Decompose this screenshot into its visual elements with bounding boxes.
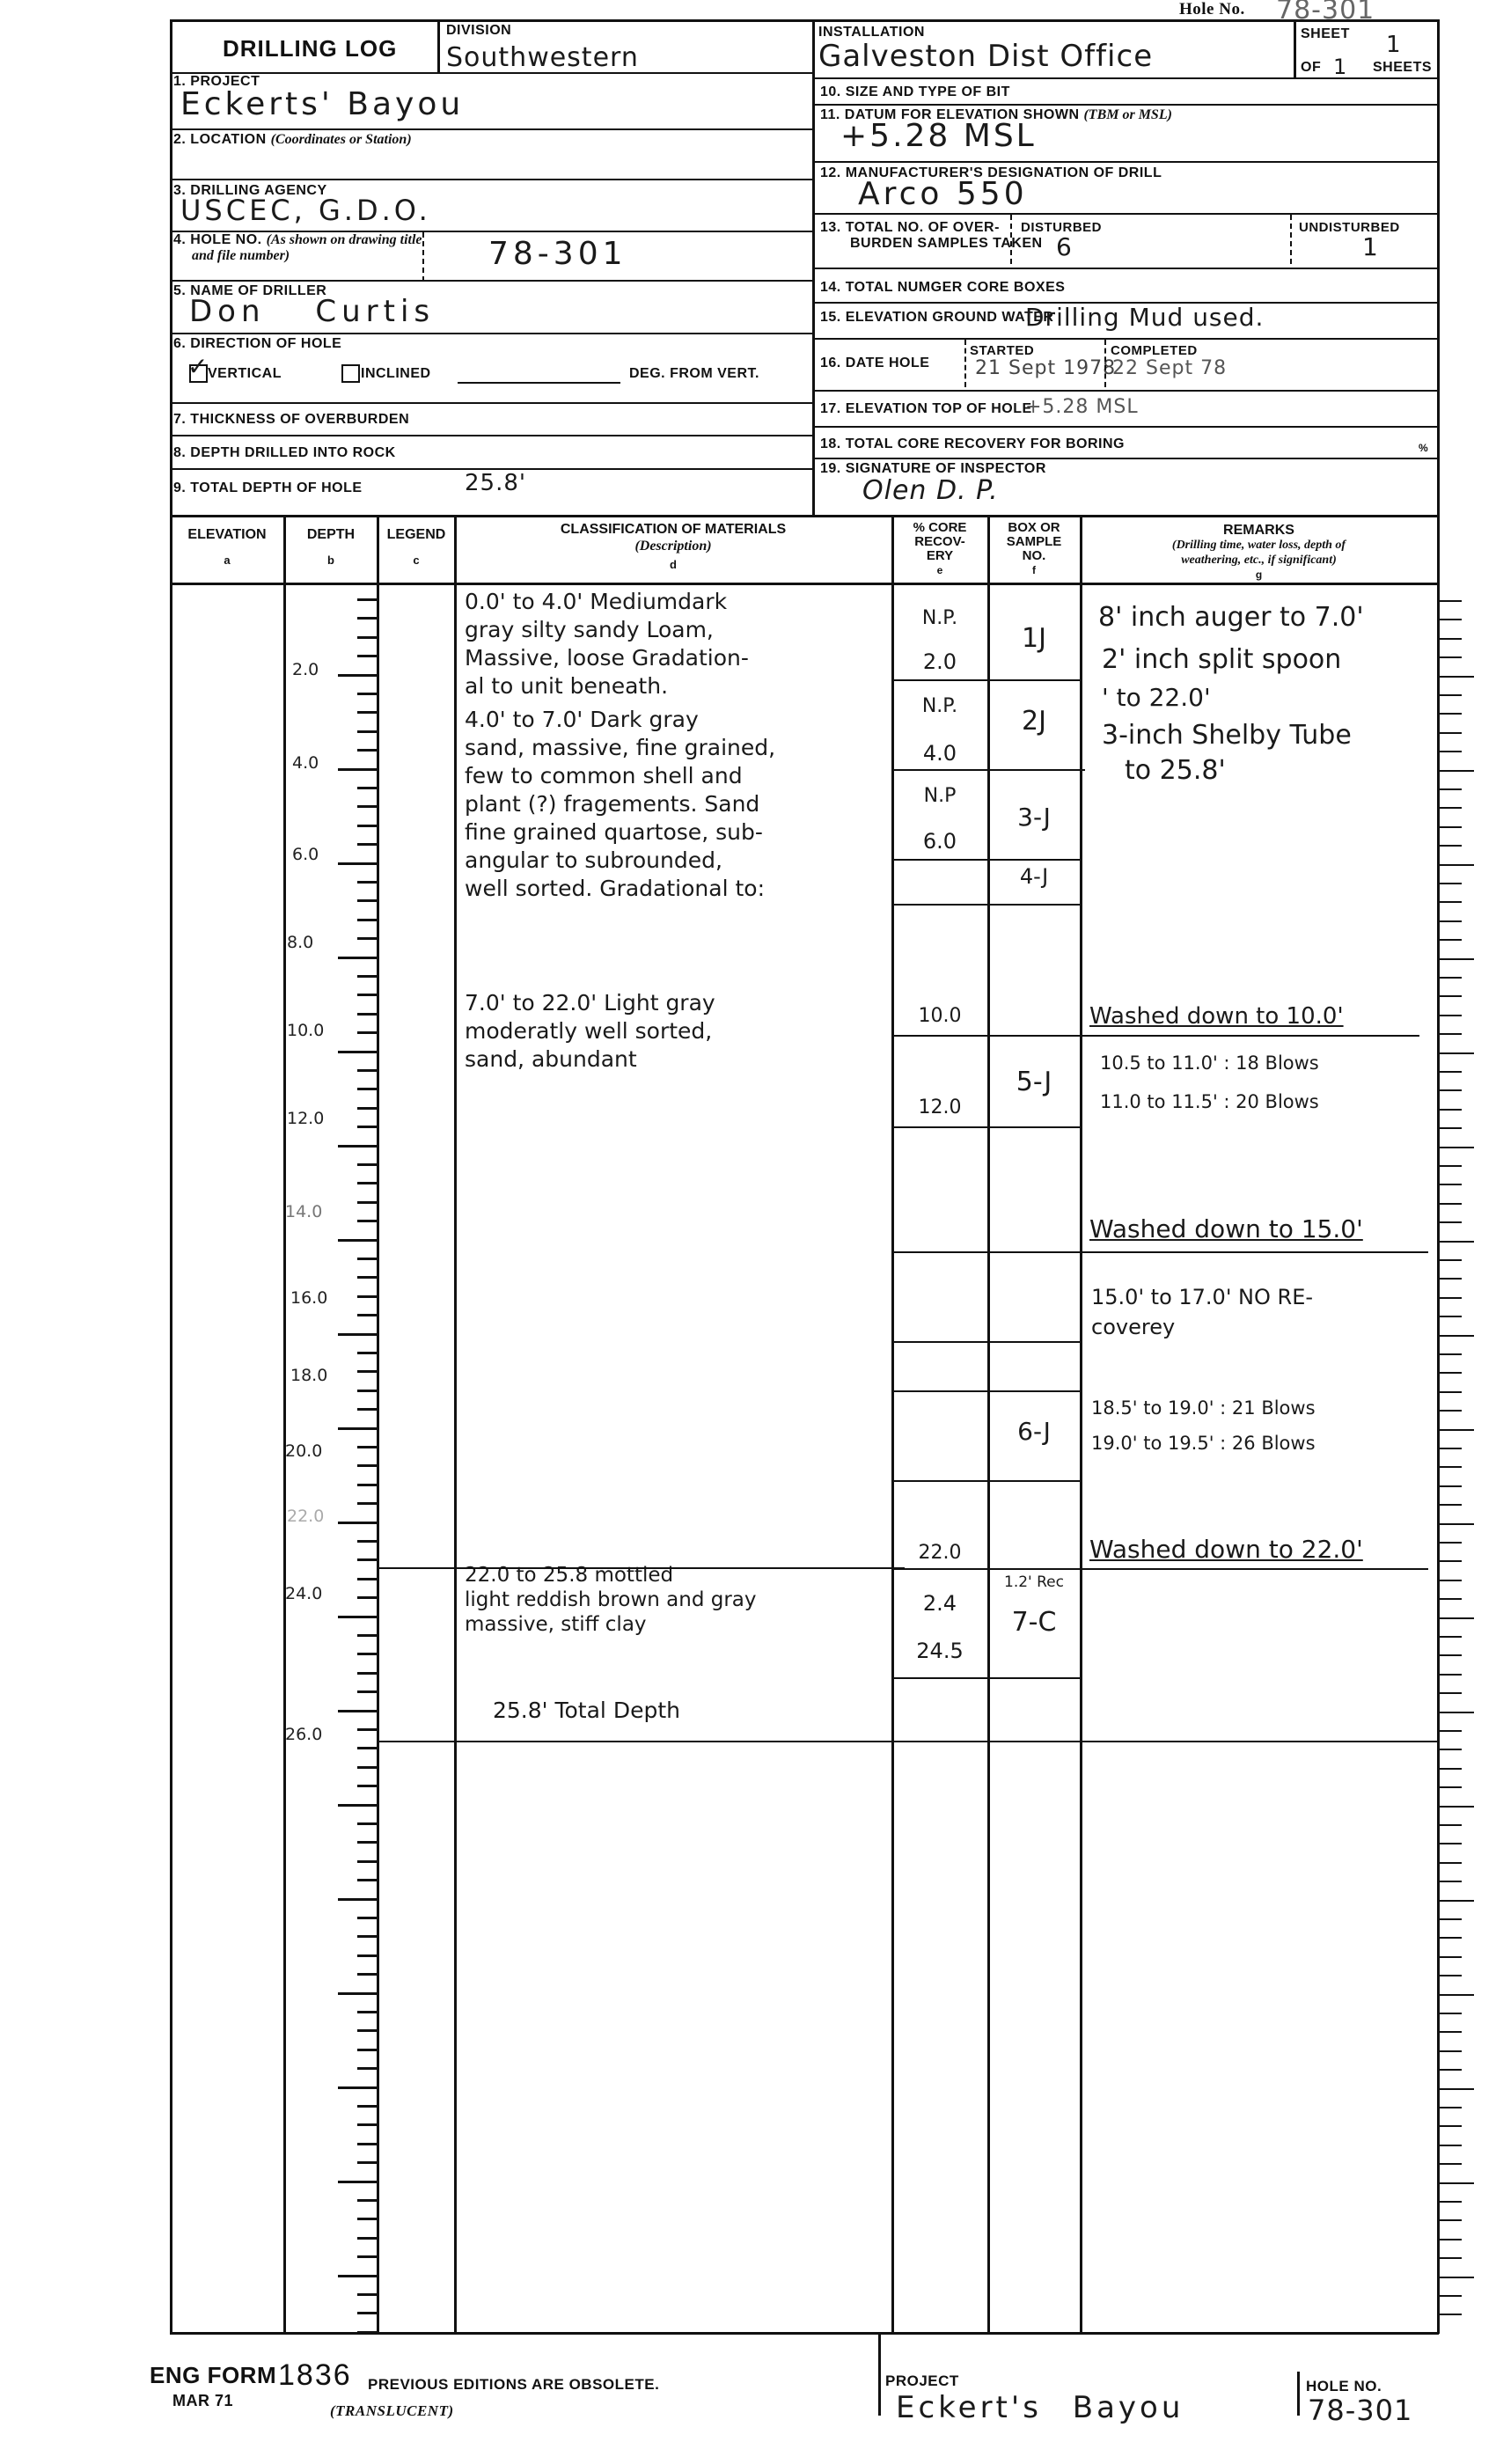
- depth-tick: [357, 730, 377, 733]
- remark-blows-18-5: 18.5' to 19.0' : 21 Blows: [1091, 1397, 1316, 1419]
- depth-tick: [338, 768, 377, 771]
- depth-tick: [357, 2049, 377, 2051]
- edge-tick: [1439, 1410, 1462, 1412]
- depth-tick: [357, 711, 377, 714]
- date-hole-label: 16. DATE HOLE: [820, 356, 929, 371]
- depth-label-16: 16.0: [290, 1288, 327, 1308]
- edge-tick: [1439, 1259, 1462, 1261]
- corner-hole-no-label: Hole No.: [1179, 0, 1245, 19]
- core-boxes-label: 14. TOTAL NUMGER CORE BOXES: [820, 280, 1065, 296]
- edge-tick: [1439, 1824, 1462, 1826]
- hole-no-value[interactable]: 78-301: [488, 236, 627, 272]
- depth-tick: [357, 1841, 377, 1844]
- col-sep-a: [283, 515, 286, 2334]
- depth-tick: [357, 2218, 377, 2220]
- total-depth-label: 9. TOTAL DEPTH OF HOLE: [173, 480, 363, 496]
- edge-tick: [1439, 995, 1462, 997]
- depth-tick: [357, 1596, 377, 1599]
- depth-tick: [357, 2123, 377, 2126]
- elevation-top-label: 17. ELEVATION TOP OF HOLE: [820, 401, 1032, 417]
- col-header-classification: CLASSIFICATION OF MATERIALS (Description…: [455, 521, 891, 573]
- depth-tick: [357, 1107, 377, 1110]
- description-22-25ft: 22.0 to 25.8 mottled light reddish brown…: [465, 1563, 757, 1637]
- depth-tick: [357, 1766, 377, 1769]
- remark-auger: 8' inch auger to 7.0': [1098, 602, 1364, 633]
- depth-tick: [357, 1069, 377, 1072]
- depth-tick: [357, 1728, 377, 1731]
- edge-tick: [1439, 713, 1462, 715]
- core-recovery-label: 18. TOTAL CORE RECOVERY FOR BORING: [820, 436, 1125, 452]
- drill-designation-value[interactable]: Arco 550: [858, 176, 1028, 212]
- edge-tick: [1439, 1786, 1462, 1788]
- depth-tick: [357, 1785, 377, 1787]
- depth-label-14: 14.0: [285, 1202, 322, 1221]
- edge-tick: [1439, 845, 1462, 847]
- depth-tick: [357, 1690, 377, 1693]
- remark-split-spoon: 2' inch split spoon: [1102, 644, 1341, 675]
- depth-tick: [357, 2011, 377, 2013]
- depth-label-12: 12.0: [287, 1109, 324, 1128]
- remark-blows-11: 11.0 to 11.5' : 20 Blows: [1100, 1091, 1319, 1112]
- edge-tick: [1439, 1617, 1474, 1619]
- depth-tick: [338, 1522, 377, 1524]
- recovery-8-bottom: 22.0: [892, 1542, 987, 1564]
- edge-tick: [1439, 883, 1462, 884]
- recovery-3-bottom: 6.0: [892, 829, 987, 854]
- depth-tick: [357, 1935, 377, 1938]
- depth-label-24: 24.0: [285, 1584, 322, 1603]
- edge-tick: [1439, 1241, 1474, 1243]
- undisturbed-label: UNDISTURBED: [1299, 220, 1400, 235]
- depth-tick: [357, 1747, 377, 1749]
- project-value[interactable]: Eckerts' Bayou: [180, 86, 464, 122]
- edge-tick: [1439, 2277, 1474, 2278]
- depth-tick: [338, 1145, 377, 1148]
- depth-label-18: 18.0: [290, 1366, 327, 1385]
- col-sep-b: [377, 515, 379, 2334]
- edge-tick: [1439, 694, 1462, 696]
- depth-tick: [357, 1276, 377, 1279]
- edge-tick: [1439, 1881, 1462, 1882]
- depth-tick: [357, 1201, 377, 1204]
- depth-tick: [357, 1464, 377, 1467]
- remark-washed-22: Washed down to 22.0': [1089, 1535, 1363, 1564]
- remark-shelby-tube: 3-inch Shelby Tube: [1102, 720, 1352, 751]
- edge-tick: [1439, 770, 1474, 772]
- depth-into-rock-label: 8. DEPTH DRILLED INTO ROCK: [173, 445, 396, 461]
- edge-tick: [1439, 1485, 1462, 1487]
- edge-tick: [1439, 1033, 1462, 1035]
- depth-tick: [338, 1616, 377, 1618]
- edge-tick: [1439, 2069, 1462, 2071]
- edge-tick: [1439, 1147, 1474, 1148]
- edge-tick: [1439, 1504, 1462, 1506]
- edge-tick: [1439, 807, 1462, 809]
- edge-tick: [1439, 1560, 1462, 1562]
- depth-tick: [338, 1427, 377, 1430]
- box-6: 6-J: [988, 1417, 1080, 1446]
- ground-water-label: 15. ELEVATION GROUND WATER: [820, 310, 1053, 326]
- depth-tick: [357, 655, 377, 657]
- edge-tick: [1439, 1994, 1474, 1996]
- depth-tick: [338, 1992, 377, 1995]
- remark-washed-10: Washed down to 10.0': [1089, 1003, 1344, 1030]
- depth-tick: [338, 2275, 377, 2277]
- edge-tick: [1439, 1712, 1474, 1713]
- recovery-5-bottom: 10.0: [892, 1005, 987, 1027]
- depth-tick: [357, 1446, 377, 1448]
- col-header-sample-no: BOX OR SAMPLE NO. f: [988, 521, 1080, 577]
- core-recovery-unit: %: [1419, 442, 1428, 454]
- started-label: STARTED: [970, 343, 1034, 358]
- depth-tick: [338, 1710, 377, 1712]
- edge-tick: [1439, 2107, 1462, 2108]
- check-mark-icon: ✓: [187, 352, 209, 381]
- recovery-2-bottom: 4.0: [892, 741, 987, 766]
- sheet-of-label: OF: [1301, 60, 1321, 76]
- remark-split-spoon-depth: ' to 22.0': [1102, 683, 1211, 712]
- depth-tick: [338, 1333, 377, 1336]
- recovery-3-top: N.P: [892, 785, 987, 807]
- description-4-7ft: 4.0' to 7.0' Dark gray sand, massive, fi…: [465, 706, 775, 903]
- edge-tick: [1439, 920, 1462, 922]
- edge-tick: [1439, 1843, 1462, 1844]
- edge-tick: [1439, 2145, 1462, 2146]
- box-1: 1J: [988, 623, 1080, 654]
- vertical-label: VERTICAL: [208, 366, 282, 382]
- depth-tick: [357, 1352, 377, 1354]
- depth-tick: [357, 899, 377, 902]
- inclined-checkbox[interactable]: [341, 364, 360, 383]
- remark-no-recovery-cont: coverey: [1091, 1315, 1175, 1339]
- edge-tick: [1439, 751, 1462, 752]
- total-depth-value[interactable]: 25.8': [465, 470, 526, 496]
- overburden-thickness-label: 7. THICKNESS OF OVERBURDEN: [173, 412, 409, 428]
- depth-tick: [357, 2237, 377, 2240]
- remark-washed-15: Washed down to 15.0': [1089, 1214, 1363, 1243]
- edge-tick: [1439, 2013, 1462, 2014]
- depth-label-4: 4.0: [292, 753, 319, 773]
- depth-tick: [357, 1954, 377, 1957]
- depth-tick: [357, 1917, 377, 1919]
- edge-tick: [1439, 1937, 1462, 1939]
- driller-value[interactable]: Don Curtis: [189, 294, 435, 329]
- samples-label-2: BURDEN SAMPLES TAKEN: [850, 236, 1043, 252]
- sheet-of-value[interactable]: 1: [1333, 55, 1347, 79]
- edge-tick: [1439, 1015, 1462, 1016]
- depth-tick: [357, 1390, 377, 1392]
- edge-tick: [1439, 600, 1462, 602]
- depth-tick: [357, 1013, 377, 1016]
- edge-tick: [1439, 1372, 1462, 1374]
- remark-shelby-tube-depth: to 25.8': [1125, 755, 1226, 786]
- depth-tick: [357, 1088, 377, 1090]
- edge-tick: [1439, 732, 1462, 734]
- edge-tick: [1439, 958, 1474, 960]
- edge-tick: [1439, 1749, 1462, 1750]
- depth-tick: [357, 1973, 377, 1976]
- description-0-4ft: 0.0' to 4.0' Mediumdark gray silty sandy…: [465, 588, 749, 700]
- depth-tick: [357, 2312, 377, 2314]
- sheet-value[interactable]: 1: [1386, 32, 1402, 58]
- remark-blows-19: 19.0' to 19.5' : 26 Blows: [1091, 1433, 1316, 1454]
- recovery-6-bottom: 12.0: [892, 1096, 987, 1118]
- depth-tick: [357, 617, 377, 620]
- depth-tick: [357, 2105, 377, 2108]
- col-header-legend: LEGEND c: [378, 526, 455, 568]
- inclined-label: INCLINED: [361, 366, 431, 382]
- edge-tick: [1439, 1730, 1462, 1732]
- edge-tick: [1439, 2201, 1462, 2203]
- datum-value[interactable]: +5.28 MSL: [840, 118, 1037, 154]
- elevation-top-value[interactable]: +5.28 MSL: [1025, 396, 1139, 418]
- depth-tick: [338, 1239, 377, 1242]
- depth-tick: [338, 1898, 377, 1901]
- depth-tick: [338, 674, 377, 677]
- edge-tick: [1439, 1918, 1462, 1920]
- deg-input-line[interactable]: [458, 382, 620, 384]
- edge-tick: [1439, 1806, 1474, 1808]
- edge-tick: [1439, 1636, 1462, 1638]
- depth-label-2: 2.0: [292, 660, 319, 679]
- edge-tick: [1439, 864, 1474, 866]
- box-3: 3-J: [988, 803, 1080, 832]
- depth-tick: [338, 1804, 377, 1807]
- form-date: MAR 71: [172, 2392, 233, 2410]
- edge-tick: [1439, 939, 1462, 941]
- drilling-agency-value[interactable]: USCEC, G.D.O.: [180, 194, 431, 227]
- obsolete-note: PREVIOUS EDITIONS ARE OBSOLETE.: [368, 2376, 659, 2394]
- installation-value[interactable]: Galveston Dist Office: [818, 39, 1153, 74]
- depth-label-22: 22.0: [287, 1507, 324, 1526]
- recovery-9-bottom: 24.5: [892, 1639, 987, 1663]
- edge-tick: [1439, 1184, 1462, 1185]
- started-value[interactable]: 21 Sept 1978: [975, 357, 1116, 379]
- edge-tick: [1439, 1956, 1462, 1958]
- sheets-label: SHEETS: [1373, 60, 1432, 76]
- edge-tick: [1439, 1071, 1462, 1073]
- edge-tick: [1439, 826, 1462, 828]
- depth-tick: [357, 1578, 377, 1580]
- depth-tick: [338, 1051, 377, 1053]
- remark-blows-10-5: 10.5 to 11.0' : 18 Blows: [1100, 1052, 1319, 1074]
- depth-tick: [357, 1653, 377, 1655]
- box-7-note: 1.2' Rec: [988, 1573, 1080, 1591]
- depth-tick: [357, 1163, 377, 1166]
- depth-tick: [357, 2067, 377, 2070]
- sheet-label: SHEET: [1301, 26, 1350, 42]
- depth-tick: [357, 749, 377, 752]
- hole-no-label-note: and file number): [192, 248, 290, 264]
- edge-tick: [1439, 676, 1474, 678]
- edge-tick: [1439, 1674, 1462, 1676]
- recovery-1-bottom: 2.0: [892, 649, 987, 674]
- edge-tick: [1439, 2257, 1462, 2259]
- box-5: 5-J: [988, 1067, 1080, 1097]
- box-4: 4-J: [988, 864, 1080, 889]
- edge-tick: [1439, 619, 1462, 620]
- undisturbed-value[interactable]: 1: [1362, 232, 1379, 261]
- col-header-elevation: ELEVATION a: [170, 526, 284, 568]
- depth-tick: [338, 862, 377, 865]
- depth-label-6: 6.0: [292, 845, 319, 864]
- edge-tick: [1439, 2031, 1462, 2033]
- recovery-2-top: N.P.: [892, 695, 987, 717]
- depth-tick: [357, 598, 377, 601]
- col-header-remarks: REMARKS (Drilling time, water loss, dept…: [1081, 523, 1437, 583]
- depth-label-8: 8.0: [287, 933, 313, 952]
- footer-project-value[interactable]: Eckert's Bayou: [896, 2390, 1184, 2425]
- depth-label-10: 10.0: [287, 1021, 324, 1040]
- edge-tick: [1439, 1542, 1462, 1544]
- edge-tick: [1439, 1203, 1462, 1205]
- depth-tick: [357, 1860, 377, 1863]
- depth-tick: [357, 1822, 377, 1825]
- edge-tick: [1439, 638, 1462, 640]
- description-7-22ft: 7.0' to 22.0' Light gray moderatly well …: [465, 989, 715, 1074]
- edge-tick: [1439, 2314, 1462, 2315]
- edge-tick: [1439, 1523, 1474, 1525]
- edge-tick: [1439, 1278, 1462, 1280]
- depth-tick: [357, 937, 377, 940]
- depth-tick: [357, 1672, 377, 1675]
- depth-tick: [357, 1295, 377, 1298]
- depth-tick: [357, 1031, 377, 1034]
- bit-size-label: 10. SIZE AND TYPE OF BIT: [820, 84, 1010, 100]
- deg-label: DEG. FROM VERT.: [629, 366, 759, 382]
- edge-tick: [1439, 1127, 1462, 1129]
- footer-hole-no-value[interactable]: 78-301: [1308, 2394, 1412, 2427]
- disturbed-value[interactable]: 6: [1056, 232, 1073, 261]
- depth-tick: [357, 2143, 377, 2145]
- depth-label-20: 20.0: [285, 1441, 322, 1461]
- edge-tick: [1439, 2125, 1462, 2127]
- form-label: ENG FORM: [150, 2362, 276, 2389]
- edge-tick: [1439, 2050, 1462, 2052]
- depth-tick: [338, 2181, 377, 2183]
- edge-tick: [1439, 2163, 1462, 2165]
- edge-tick: [1439, 1089, 1462, 1091]
- depth-tick: [357, 1126, 377, 1128]
- recovery-1-top: N.P.: [892, 607, 987, 629]
- completed-value[interactable]: 22 Sept 78: [1112, 357, 1227, 379]
- depth-tick: [357, 994, 377, 996]
- edge-tick: [1439, 2088, 1474, 2090]
- form-title: DRILLING LOG: [223, 35, 397, 62]
- direction-label: 6. DIRECTION OF HOLE: [173, 336, 341, 352]
- edge-tick: [1439, 1580, 1462, 1581]
- form-number: 1836: [278, 2358, 352, 2393]
- ground-water-value[interactable]: Drilling Mud used.: [1025, 303, 1264, 332]
- depth-tick: [357, 1634, 377, 1637]
- depth-tick: [357, 2199, 377, 2202]
- edge-tick: [1439, 2239, 1462, 2240]
- edge-tick: [1439, 1429, 1474, 1431]
- depth-tick: [357, 1258, 377, 1260]
- depth-tick: [357, 975, 377, 978]
- remark-no-recovery: 15.0' to 17.0' NO RE-: [1091, 1285, 1313, 1309]
- edge-tick: [1439, 1448, 1462, 1449]
- box-7: 7-C: [988, 1607, 1080, 1638]
- edge-tick: [1439, 656, 1462, 658]
- depth-tick: [357, 825, 377, 827]
- depth-tick: [357, 2293, 377, 2296]
- depth-tick: [357, 881, 377, 884]
- edge-tick: [1439, 1221, 1462, 1223]
- col-sep-c: [454, 515, 457, 2334]
- edge-tick: [1439, 901, 1462, 903]
- edge-tick: [1439, 1353, 1462, 1355]
- depth-tick: [357, 1314, 377, 1316]
- division-value[interactable]: Southwestern: [446, 42, 639, 73]
- depth-tick: [357, 1502, 377, 1505]
- depth-tick: [357, 787, 377, 789]
- location-label: 2. LOCATION (Coordinates or Station): [173, 132, 412, 148]
- depth-label-26: 26.0: [285, 1725, 322, 1744]
- edge-tick: [1439, 977, 1462, 979]
- depth-tick: [357, 1540, 377, 1543]
- description-total-depth: 25.8' Total Depth: [493, 1697, 680, 1725]
- edge-tick: [1439, 1654, 1462, 1656]
- depth-tick: [357, 693, 377, 695]
- edge-tick: [1439, 1052, 1474, 1054]
- division-label: DIVISION: [446, 23, 511, 39]
- hole-no-label: 4. HOLE NO. (As shown on drawing title: [173, 232, 422, 248]
- edge-tick: [1439, 1335, 1474, 1337]
- depth-tick: [338, 957, 377, 959]
- depth-tick: [357, 1879, 377, 1881]
- depth-tick: [357, 2255, 377, 2258]
- depth-tick: [357, 843, 377, 846]
- edge-tick: [1439, 788, 1462, 790]
- depth-tick: [338, 2086, 377, 2089]
- col-header-core-recovery: % CORE RECOV- ERY e: [892, 521, 987, 577]
- depth-tick: [357, 805, 377, 808]
- depth-tick: [357, 2161, 377, 2164]
- edge-tick: [1439, 1768, 1462, 1770]
- samples-label: 13. TOTAL NO. OF OVER-: [820, 220, 1000, 236]
- edge-tick: [1439, 1598, 1462, 1600]
- footer-hole-no-label: HOLE NO.: [1306, 2378, 1382, 2395]
- translucent-note: (TRANSLUCENT): [330, 2402, 454, 2420]
- depth-tick: [357, 919, 377, 921]
- depth-tick: [357, 1408, 377, 1411]
- edge-tick: [1439, 1165, 1462, 1167]
- edge-tick: [1439, 2295, 1462, 2297]
- depth-tick: [357, 1370, 377, 1373]
- edge-tick: [1439, 1391, 1462, 1393]
- edge-tick: [1439, 1862, 1462, 1864]
- edge-tick: [1439, 1900, 1474, 1902]
- recovery-9-top: 2.4: [892, 1591, 987, 1616]
- col-header-depth: DEPTH b: [284, 526, 378, 568]
- inspector-signature[interactable]: Olen D. P.: [862, 475, 999, 506]
- col-sep-f: [1080, 515, 1082, 2334]
- edge-tick: [1439, 1975, 1462, 1976]
- depth-tick: [357, 1220, 377, 1222]
- completed-label: COMPLETED: [1111, 343, 1198, 358]
- box-2: 2J: [988, 706, 1080, 737]
- edge-tick: [1439, 2219, 1462, 2221]
- depth-tick: [357, 1558, 377, 1561]
- edge-tick: [1439, 1109, 1462, 1111]
- depth-tick: [357, 1484, 377, 1486]
- edge-tick: [1439, 2182, 1474, 2184]
- edge-tick: [1439, 1297, 1462, 1299]
- depth-tick: [357, 636, 377, 639]
- edge-tick: [1439, 1316, 1462, 1317]
- footer-project-label: PROJECT: [885, 2372, 959, 2390]
